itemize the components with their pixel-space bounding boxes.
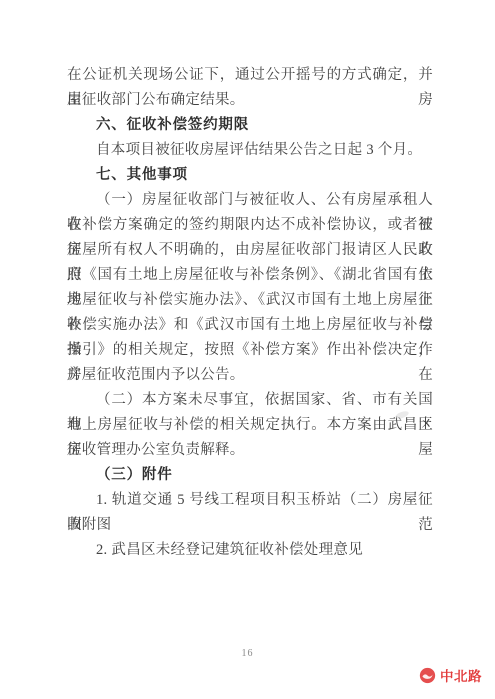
text-line: 房屋所有权人不明确的，由房屋征收部门报请区人民政府依: [67, 238, 433, 263]
text-line: 指引》的相关规定，按照《补偿方案》作出补偿决定，并在: [67, 338, 433, 363]
text-line: 地上房屋征收与补偿的相关规定执行。本方案由武昌区房屋: [67, 413, 433, 438]
text-line: （二）本方案未尽事宜，依据国家、省、市有关国有土: [67, 388, 433, 413]
text-line: 六、征收补偿签约期限: [67, 113, 433, 138]
watermark: 中北路: [419, 665, 482, 685]
document-body: 在公证机关现场公证下，通过公开摇号的方式确定，并由房屋征收部门公布确定结果。六、…: [67, 63, 433, 563]
scanned-document-page: 在公证机关现场公证下，通过公开摇号的方式确定，并由房屋征收部门公布确定结果。六、…: [0, 0, 495, 699]
text-line: 补偿实施办法》和《武汉市国有土地上房屋征收与补偿操作: [67, 313, 433, 338]
page-number: 16: [0, 648, 495, 659]
text-line: 房屋征收与补偿实施办法》、《武汉市国有土地上房屋征收与: [67, 288, 433, 313]
watermark-text: 中北路: [440, 665, 482, 685]
text-line: （三）附件: [67, 463, 433, 488]
text-line: 2. 武昌区未经登记建筑征收补偿处理意见: [67, 538, 433, 563]
text-line: 七、其他事项: [67, 163, 433, 188]
text-line: 1. 轨道交通 5 号线工程项目积玉桥站（二）房屋征收范: [67, 488, 433, 513]
text-line: （一）房屋征收部门与被征收人、公有房屋承租人在征: [67, 188, 433, 213]
text-line: 在公证机关现场公证下，通过公开摇号的方式确定，并由房: [67, 63, 433, 88]
text-line: 自本项目被征收房屋评估结果公告之日起 3 个月。: [67, 138, 433, 163]
red-circle-logo-icon: [419, 667, 436, 684]
text-line: 照《国有土地上房屋征收与补偿条例》、《湖北省国有土地上: [67, 263, 433, 288]
text-line: 收补偿方案确定的签约期限内达不成补偿协议，或者被征收: [67, 213, 433, 238]
